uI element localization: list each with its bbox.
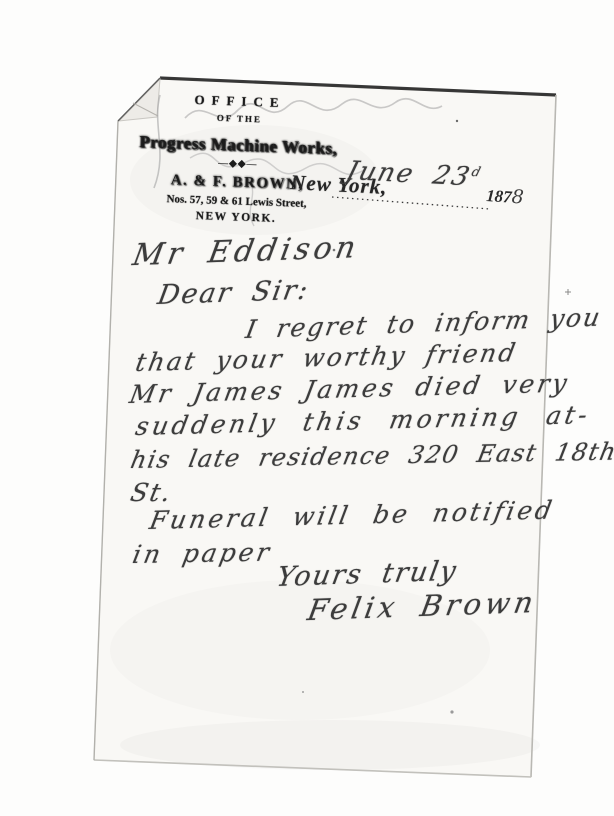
salutation-line: Dear Sir: [155, 275, 312, 311]
letterhead: OFFICE OF THE Progress Machine Works, —◆… [133, 86, 343, 227]
scanned-letter-page: OFFICE OF THE Progress Machine Works, —◆… [0, 0, 614, 816]
letterhead-of-the: OF THE [137, 110, 342, 127]
body-line: St. [128, 478, 175, 507]
letterhead-office: OFFICE [137, 90, 342, 113]
letterhead-company-name: Progress Machine Works, [136, 132, 342, 159]
dateline-year: 1878 [485, 184, 524, 209]
body-line: in paper [130, 538, 274, 570]
year-handwritten-digit: 8 [511, 186, 525, 209]
year-printed-digits: 187 [486, 186, 513, 207]
date-day: June 23 [343, 156, 474, 192]
closing-line: Yours truly [274, 556, 460, 594]
